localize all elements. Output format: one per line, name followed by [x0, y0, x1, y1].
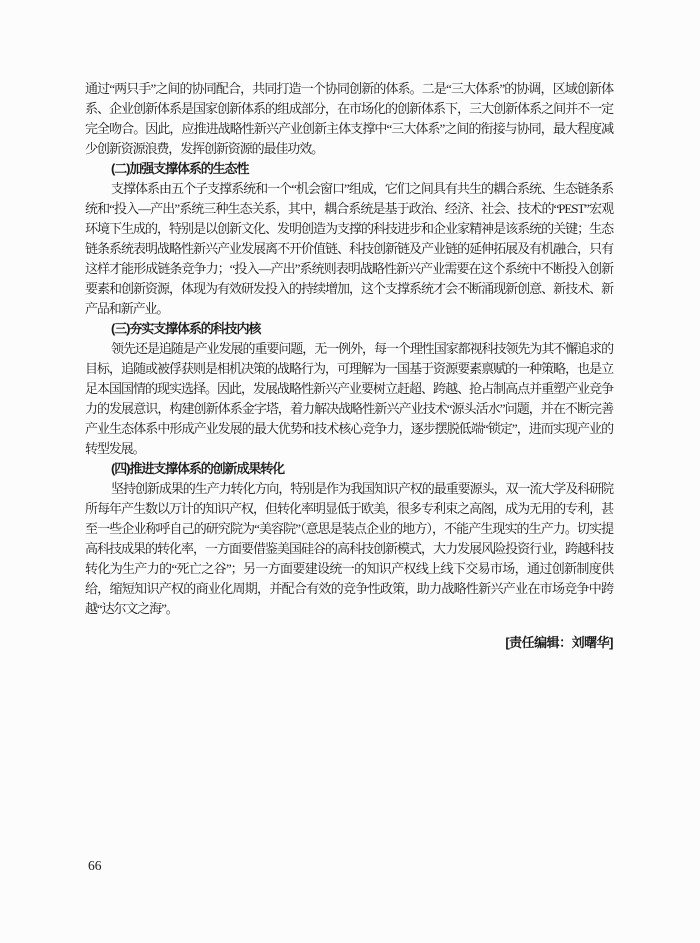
editor-credit: [责任编辑：刘曙华]: [85, 633, 613, 653]
section-heading-2: (二)加强支撑体系的生态性: [85, 159, 613, 179]
document-page: 通过“两只手”之间的协同配合，共同打造一个协同创新的体系。二是“三大体系”的协调…: [0, 0, 700, 943]
paragraph: 领先还是追随是产业发展的重要问题，无一例外，每一个理性国家都视科技领先为其不懈追…: [85, 339, 613, 459]
section-heading-4: (四)推进支撑体系的创新成果转化: [85, 459, 613, 479]
section-heading-3: (三)夯实支撑体系的科技内核: [85, 319, 613, 339]
page-content: 通过“两只手”之间的协同配合，共同打造一个协同创新的体系。二是“三大体系”的协调…: [85, 79, 613, 653]
page-number: 66: [88, 856, 102, 876]
paragraph: 坚持创新成果的生产力转化方向，特别是作为我国知识产权的最重要源头，双一流大学及科…: [85, 479, 613, 619]
paragraph-continued-from-previous-page: 通过“两只手”之间的协同配合，共同打造一个协同创新的体系。二是“三大体系”的协调…: [85, 79, 613, 159]
paragraph: 支撑体系由五个子支撑系统和一个“机会窗口”组成，它们之间具有共生的耦合系统、生态…: [85, 179, 613, 319]
